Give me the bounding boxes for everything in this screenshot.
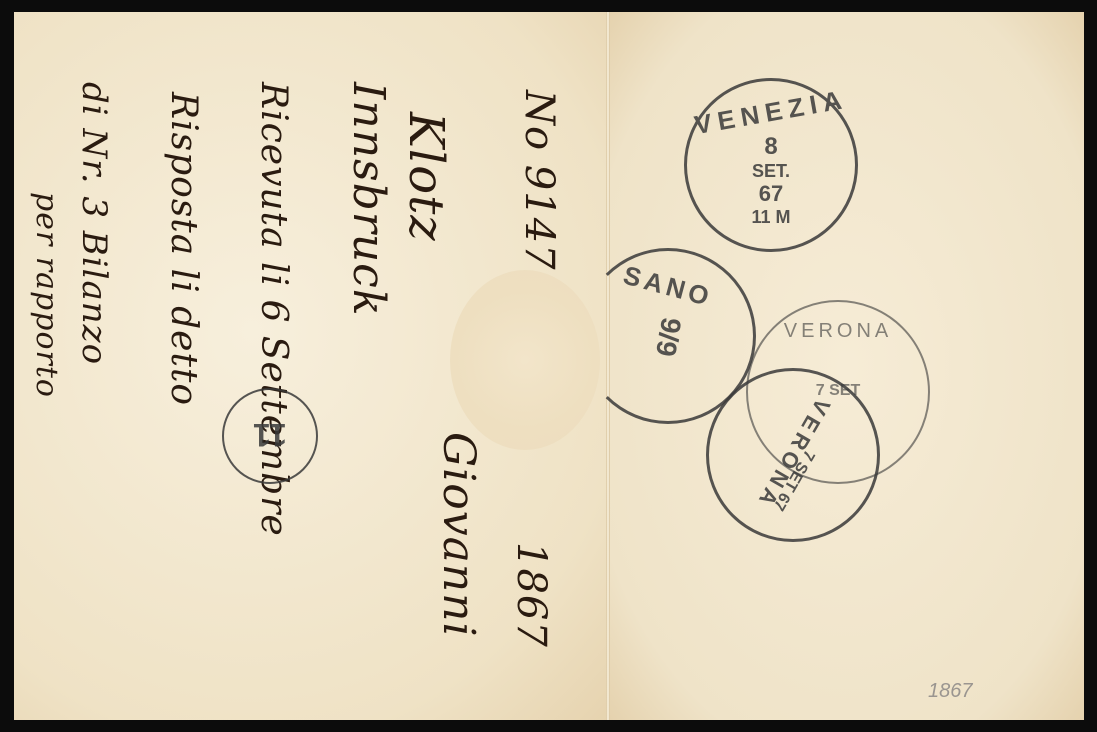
wax-seal-mark bbox=[450, 270, 600, 450]
verona-postmark: VERONA 7 SET 67 bbox=[706, 368, 880, 542]
note-line: di Nr. 3 Bilanzo bbox=[74, 82, 114, 365]
rate-handstamp: 11 bbox=[222, 388, 318, 484]
signature: Giovanni bbox=[433, 432, 484, 638]
extra-line: per rapporto bbox=[29, 192, 64, 398]
answered-line: Risposta li detto bbox=[163, 92, 204, 406]
year-manuscript: 1867 bbox=[508, 542, 554, 648]
reference-number: No 9147 bbox=[516, 90, 562, 271]
venezia-postmark: VENEZIA 8 SET. 67 11 M bbox=[684, 78, 858, 252]
sender-location: Innsbruck bbox=[343, 82, 394, 316]
sender-name: Klotz bbox=[398, 112, 454, 242]
letter-sheet: No 9147 Klotz Innsbruck Ricevuta li 6 Se… bbox=[14, 12, 1084, 720]
letter-right-panel: VENEZIA 8 SET. 67 11 M SANO 9/9 VERONA 7… bbox=[610, 12, 1084, 720]
pencil-year-note: 1867 bbox=[928, 680, 973, 703]
